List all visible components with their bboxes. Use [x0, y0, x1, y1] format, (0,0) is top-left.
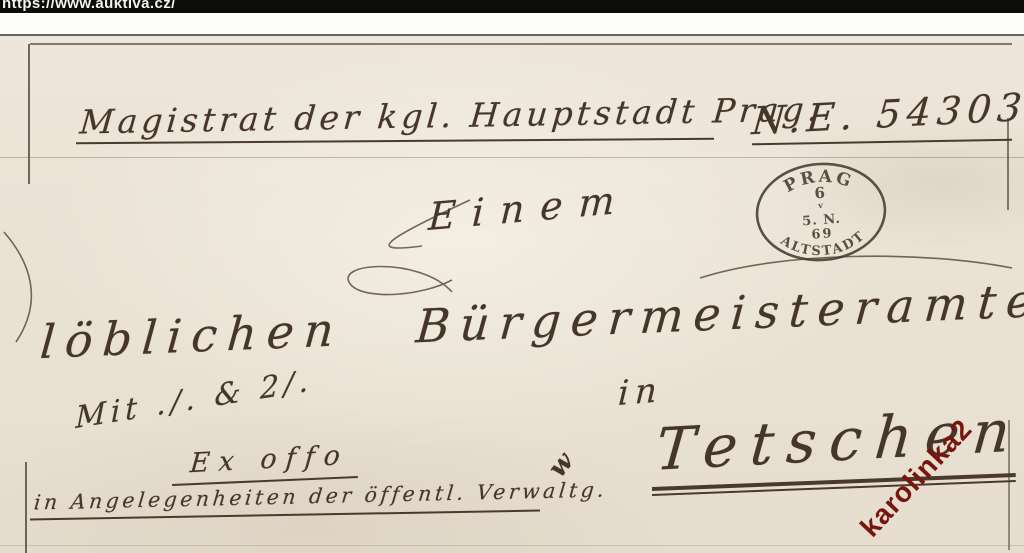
- address-preposition: in: [617, 370, 664, 414]
- fold-line-lower: [0, 545, 1024, 546]
- browser-url-bar: https://www.auktiva.cz/: [0, 0, 1024, 13]
- frame-line-right-top: [1007, 118, 1009, 210]
- postmark-separator: v: [817, 200, 824, 210]
- postmark-year: 69: [811, 226, 834, 243]
- postmark-stamp: PRAG ALTSTADT 6 v 5. N. 69: [744, 153, 897, 271]
- frame-line-left-bottom: [25, 462, 27, 553]
- frame-line-left-top: [28, 44, 30, 184]
- letter-scan-page: https://www.auktiva.cz/ Magistrat der kg…: [0, 0, 1024, 553]
- url-text: https://www.auktiva.cz/: [0, 0, 1024, 13]
- frame-line-top: [30, 43, 1012, 45]
- letter-top-edge: [0, 34, 1024, 36]
